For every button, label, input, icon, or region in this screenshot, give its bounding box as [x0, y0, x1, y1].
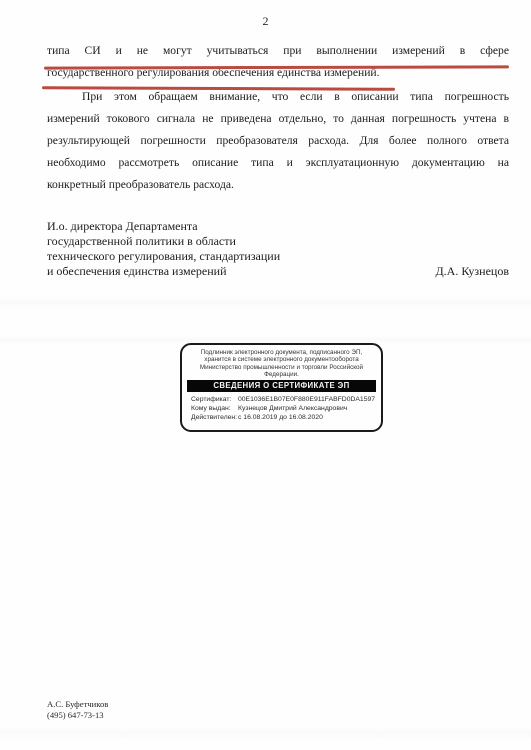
stamp-header-line: хранится в системе электронного документ… [182, 356, 381, 363]
paragraph-line: измерений токового сигнала не приведена … [47, 108, 509, 130]
stamp-header-line: Министерство промышленности и торговли Р… [182, 364, 381, 371]
stamp-field-value: с 16.08.2019 до 16.08.2020 [238, 414, 323, 423]
paragraph-line: типа СИ и не могут учитываться при выпол… [47, 40, 509, 62]
stamp-header: Подлинник электронного документа, подпис… [182, 349, 381, 378]
paragraph-line: конкретный преобразователь расхода. [47, 174, 509, 196]
signer-title: И.о. директора Департамента государствен… [47, 219, 280, 279]
stamp-field-label: Действителен: [191, 414, 238, 423]
executor-contact: А.С. Буфетчиков (495) 647-73-13 [47, 699, 108, 721]
page-number: 2 [0, 14, 531, 29]
signer-title-line: И.о. директора Департамента [47, 219, 280, 234]
signer-name: Д.А. Кузнецов [435, 264, 509, 279]
stamp-field-label: Кому выдан: [191, 405, 238, 414]
stamp-field-issued-to: Кому выдан: Кузнецов Дмитрий Александров… [191, 405, 381, 414]
signature-block: И.о. директора Департамента государствен… [47, 219, 509, 279]
paragraph-note: При этом обращаем внимание, что если в о… [47, 86, 509, 196]
stamp-field-label: Сертификат: [191, 396, 238, 405]
stamp-certificate-bar: СВЕДЕНИЯ О СЕРТИФИКАТЕ ЭП [187, 380, 376, 392]
executor-phone: (495) 647-73-13 [47, 710, 108, 721]
paragraph-line: необходимо рассмотреть описание типа и э… [47, 152, 509, 174]
scan-artifact [0, 296, 531, 310]
stamp-field-certificate: Сертификат: 00E1036E1B07E0F880E911FABFD0… [191, 396, 381, 405]
electronic-signature-stamp: Подлинник электронного документа, подпис… [180, 343, 383, 432]
stamp-field-value: 00E1036E1B07E0F880E911FABFD0DA1597 [238, 396, 375, 405]
stamp-fields: Сертификат: 00E1036E1B07E0F880E911FABFD0… [191, 396, 381, 422]
paragraph-line: результирующей погрешности преобразовате… [47, 130, 509, 152]
scan-artifact [0, 726, 531, 740]
stamp-header-line: Федерации. [182, 371, 381, 378]
paragraph-line: При этом обращаем внимание, что если в о… [47, 86, 509, 108]
signer-title-line: и обеспечения единства измерений [47, 264, 280, 279]
executor-name: А.С. Буфетчиков [47, 699, 108, 710]
stamp-field-value: Кузнецов Дмитрий Александрович [238, 405, 347, 414]
paragraph-continued: типа СИ и не могут учитываться при выпол… [47, 40, 509, 84]
signer-title-line: государственной политики в области [47, 234, 280, 249]
signer-title-line: технического регулирования, стандартизац… [47, 249, 280, 264]
stamp-field-validity: Действителен: с 16.08.2019 до 16.08.2020 [191, 414, 381, 423]
document-page: 2 типа СИ и не могут учитываться при вып… [0, 0, 531, 750]
